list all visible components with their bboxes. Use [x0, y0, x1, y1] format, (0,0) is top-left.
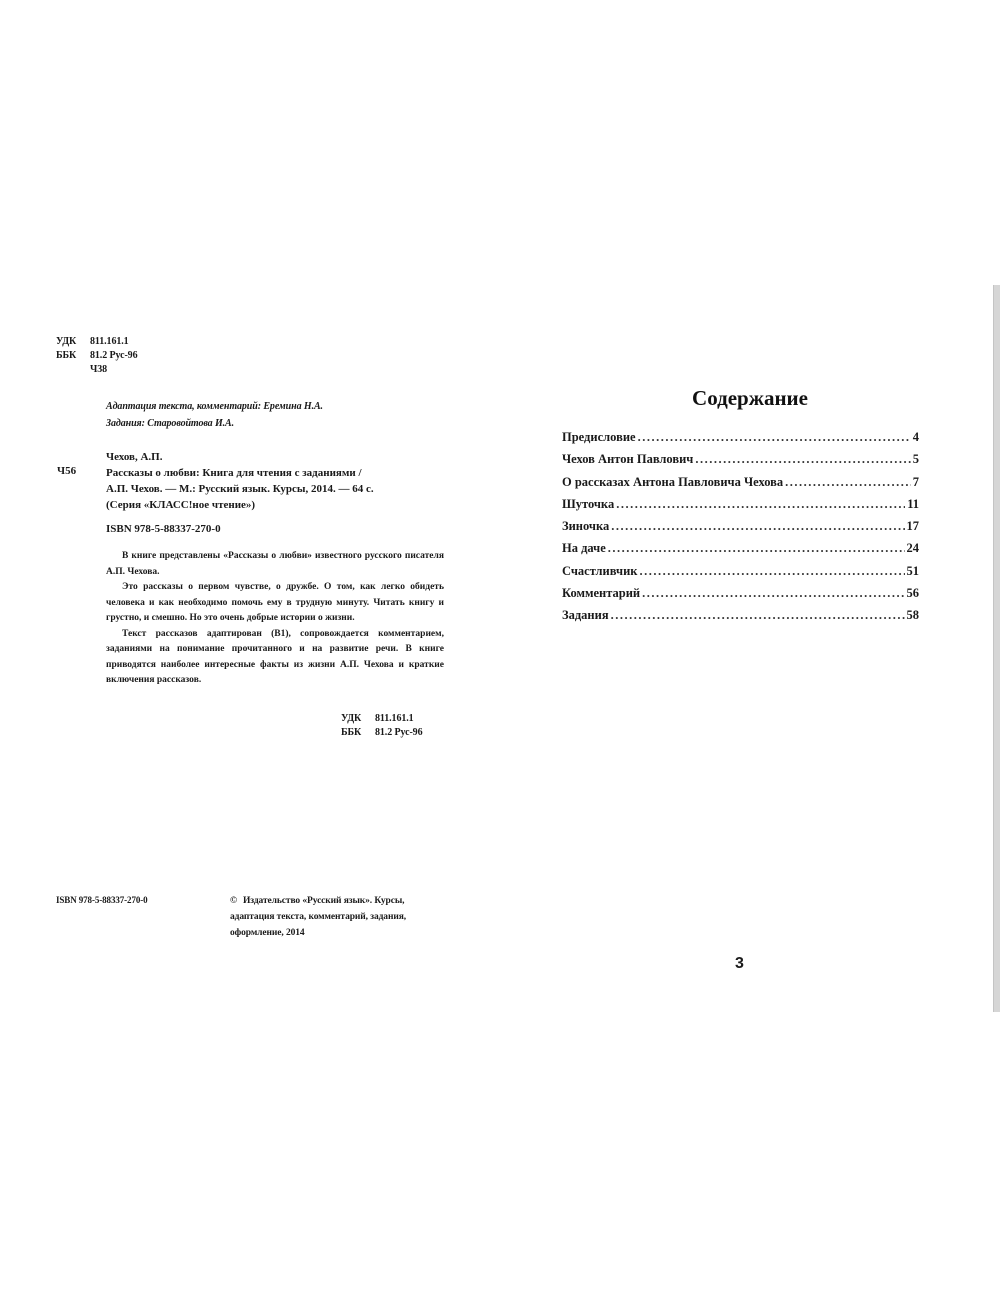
toc-item[interactable]: Шуточка11 [562, 497, 919, 519]
classification-block: УДК 811.161.1 ББК 81.2 Рус-96 [56, 335, 137, 363]
udk-value: 811.161.1 [375, 712, 414, 726]
toc-leader [695, 452, 910, 467]
catalog-line: (Серия «КЛАСС!ное чтение») [106, 497, 446, 513]
annotation-paragraph: Текст рассказов адаптирован (В1), сопров… [106, 627, 444, 689]
toc-item[interactable]: Комментарий56 [562, 586, 919, 608]
annotation-paragraph: Это рассказы о первом чувстве, о дружбе.… [106, 580, 444, 627]
catalog-code: Ч56 [57, 465, 76, 477]
toc-item[interactable]: Предисловие4 [562, 430, 919, 452]
udk-row: УДК 811.161.1 [56, 335, 137, 349]
toc-item-title: Счастливчик [562, 564, 637, 579]
toc-leader [611, 519, 904, 534]
table-of-contents: Предисловие4 Чехов Антон Павлович5 О рас… [562, 430, 919, 631]
toc-leader [642, 586, 904, 601]
isbn: ISBN 978-5-88337-270-0 [106, 523, 221, 535]
toc-item-title: Зиночка [562, 519, 609, 534]
udk-row: УДК 811.161.1 [341, 712, 422, 726]
toc-item-title: Предисловие [562, 430, 636, 445]
isbn-bottom: ISBN 978-5-88337-270-0 [56, 893, 148, 907]
toc-item-title: О рассказах Антона Павловича Чехова [562, 475, 783, 490]
toc-item-page: 4 [913, 430, 919, 445]
toc-item[interactable]: Задания58 [562, 608, 919, 630]
annotation: В книге представлены «Рассказы о любви» … [106, 549, 444, 689]
credits: Адаптация текста, комментарий: Еремина Н… [106, 398, 323, 432]
copyright-symbol: © [230, 896, 237, 906]
annotation-paragraph: В книге представлены «Рассказы о любви» … [106, 549, 444, 580]
bbk-row: ББК 81.2 Рус-96 [341, 726, 422, 740]
toc-leader [785, 475, 911, 490]
toc-item-page: 11 [907, 497, 919, 512]
toc-item[interactable]: На даче24 [562, 541, 919, 563]
toc-item[interactable]: О рассказах Антона Павловича Чехова7 [562, 475, 919, 497]
bbk-value: 81.2 Рус-96 [375, 726, 422, 740]
toc-item-page: 51 [907, 564, 920, 579]
author-mark: Ч38 [90, 363, 107, 377]
toc-item[interactable]: Чехов Антон Павлович5 [562, 452, 919, 474]
toc-item-page: 56 [907, 586, 920, 601]
bbk-value: 81.2 Рус-96 [90, 349, 137, 363]
udk-label: УДК [56, 335, 90, 349]
toc-item-page: 5 [913, 452, 919, 467]
catalog-entry: Чехов, А.П. Рассказы о любви: Книга для … [106, 449, 446, 513]
catalog-line: Рассказы о любви: Книга для чтения с зад… [106, 465, 446, 481]
toc-item-page: 58 [907, 608, 920, 623]
credit-line: Адаптация текста, комментарий: Еремина Н… [106, 398, 323, 415]
udk-label: УДК [341, 712, 375, 726]
toc-item-page: 24 [907, 541, 920, 556]
toc-title: Содержание [680, 386, 820, 411]
bbk-row: ББК 81.2 Рус-96 [56, 349, 137, 363]
toc-item-title: Комментарий [562, 586, 640, 601]
udk-value: 811.161.1 [90, 335, 129, 349]
toc-leader [639, 564, 904, 579]
classification-block-repeat: УДК 811.161.1 ББК 81.2 Рус-96 [341, 712, 422, 740]
bbk-label: ББК [56, 349, 90, 363]
bbk-label: ББК [341, 726, 375, 740]
credit-line: Задания: Старовойтова И.А. [106, 415, 323, 432]
catalog-line: А.П. Чехов. — М.: Русский язык. Курсы, 2… [106, 481, 446, 497]
copyright-text: Издательство «Русский язык». Курсы, адап… [230, 896, 406, 938]
toc-item-title: Задания [562, 608, 609, 623]
toc-item-page: 17 [907, 519, 920, 534]
right-page-contents: Содержание Предисловие4 Чехов Антон Павл… [500, 0, 1000, 1300]
toc-item[interactable]: Зиночка17 [562, 519, 919, 541]
toc-item-page: 7 [913, 475, 919, 490]
toc-item-title: Чехов Антон Павлович [562, 452, 693, 467]
catalog-author: Чехов, А.П. [106, 449, 446, 465]
toc-leader [608, 541, 905, 556]
toc-leader [638, 430, 911, 445]
toc-item-title: На даче [562, 541, 606, 556]
toc-leader [611, 608, 905, 623]
page-number: 3 [735, 955, 744, 973]
toc-leader [616, 497, 905, 512]
scrollbar[interactable] [993, 285, 1000, 1012]
toc-item-title: Шуточка [562, 497, 614, 512]
toc-item[interactable]: Счастливчик51 [562, 564, 919, 586]
left-page-imprint: УДК 811.161.1 ББК 81.2 Рус-96 Ч38 Адапта… [0, 0, 500, 1300]
copyright: ©Издательство «Русский язык». Курсы, ада… [230, 893, 445, 941]
